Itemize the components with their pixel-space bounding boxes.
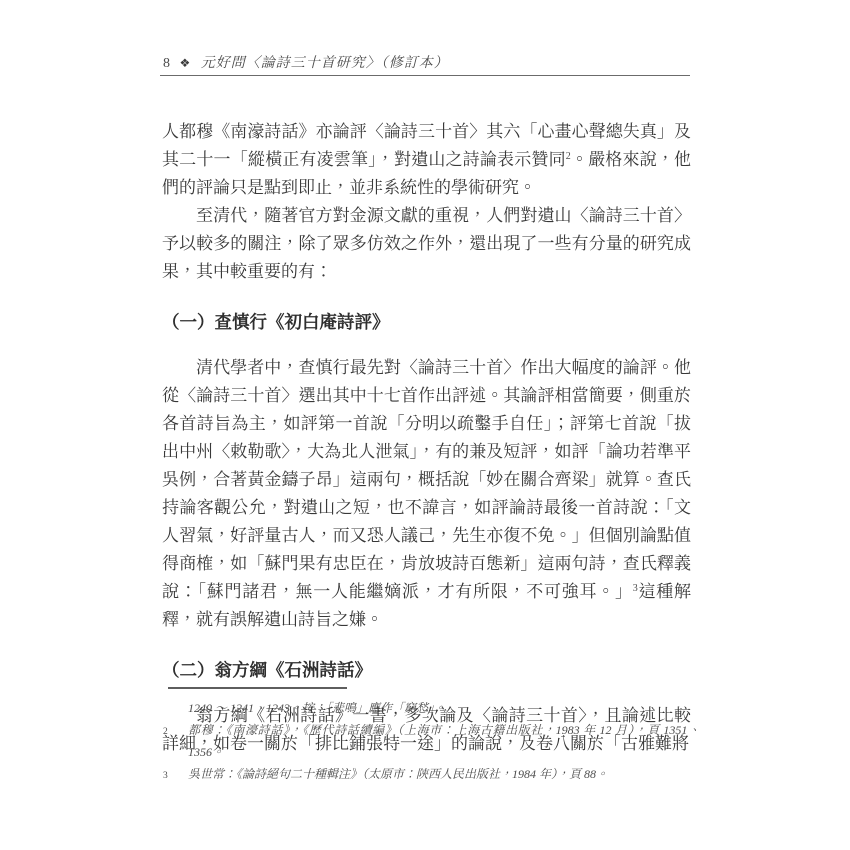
footnote-2: 2 都穆：《南濠詩話》，《歷代詩話續編》（上海市：上海古籍出版社，1983 年 …	[163, 719, 700, 763]
footnote-2-marker: 2	[163, 719, 188, 743]
footnote-separator	[168, 687, 347, 689]
section-heading-2: （二）翁方綱《石洲詩話》	[162, 656, 691, 684]
paragraph-1: 人都穆《南濠詩話》亦論評〈論詩三十首〉其六「心畫心聲總失真」及其二十一「縱橫正有…	[162, 118, 691, 202]
running-head-title: 元好問〈論詩三十首研究〉（修訂本）	[201, 56, 449, 71]
main-text-block: 人都穆《南濠詩話》亦論評〈論詩三十首〉其六「心畫心聲總失真」及其二十一「縱橫正有…	[162, 118, 691, 758]
book-page: 8 ❖ 元好問〈論詩三十首研究〉（修訂本） 人都穆《南濠詩話》亦論評〈論詩三十首…	[0, 0, 850, 850]
paragraph-3: 清代學者中，查慎行最先對〈論詩三十首〉作出大幅度的論評。他從〈論詩三十首〉選出其…	[162, 354, 691, 634]
section-heading-1: （一）查慎行《初白庵詩評》	[162, 308, 691, 336]
footnote-3: 3 吳世常：《論詩絕句二十種輯注》（太原市：陝西人民出版社，1984 年），頁 …	[163, 763, 700, 787]
footnotes-block: 1240 ～ 1241、1243。按：「悲鳴」應作「窮愁」。 2 都穆：《南濠詩…	[163, 697, 700, 787]
paragraph-2: 至清代，隨著官方對金源文獻的重視，人們對遺山〈論詩三十首〉予以較多的關注，除了眾…	[162, 202, 691, 286]
footnote-2-text: 都穆：《南濠詩話》，《歷代詩話續編》（上海市：上海古籍出版社，1983 年 12…	[188, 719, 700, 763]
footnote-continuation: 1240 ～ 1241、1243。按：「悲鳴」應作「窮愁」。	[163, 697, 700, 719]
running-head: 8 ❖ 元好問〈論詩三十首研究〉（修訂本）	[163, 52, 690, 72]
footnote-continuation-text: 1240 ～ 1241、1243。按：「悲鳴」應作「窮愁」。	[188, 697, 700, 719]
footnote-3-text: 吳世常：《論詩絕句二十種輯注》（太原市：陝西人民出版社，1984 年），頁 88…	[188, 763, 700, 785]
ornament-diamond-icon: ❖	[180, 56, 192, 70]
header-rule	[160, 75, 690, 76]
footnote-3-marker: 3	[163, 763, 188, 787]
footnote-marker-empty	[163, 697, 188, 699]
paragraph-3-text: 清代學者中，查慎行最先對〈論詩三十首〉作出大幅度的論評。他從〈論詩三十首〉選出其…	[162, 358, 691, 601]
page-number: 8	[163, 56, 171, 71]
